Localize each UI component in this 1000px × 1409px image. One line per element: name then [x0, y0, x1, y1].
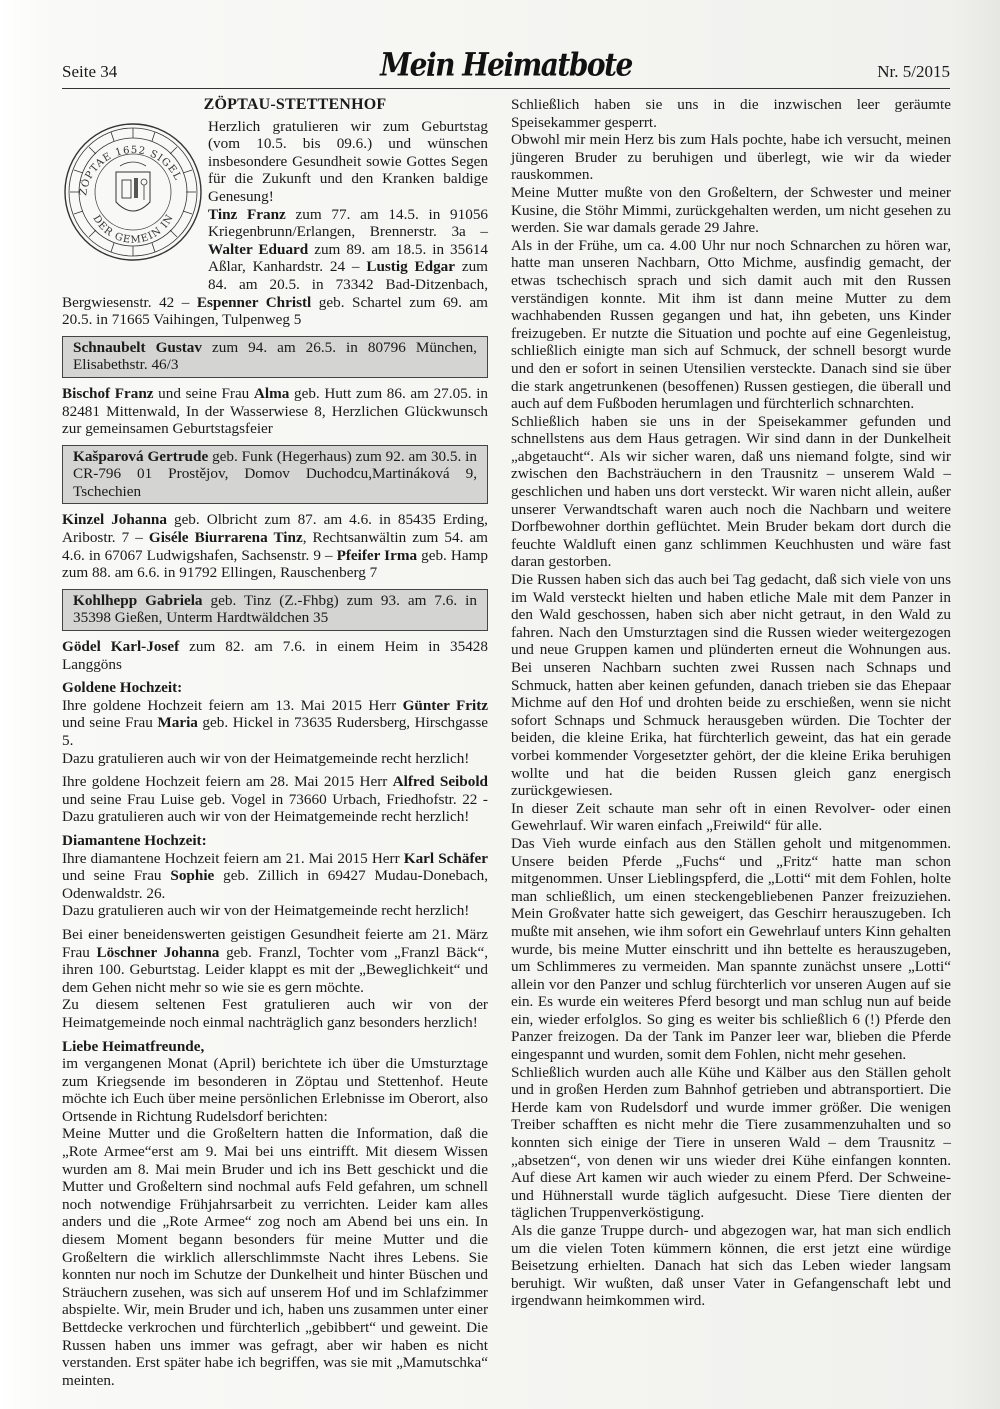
svg-text:DER GEMEIN IN: DER GEMEIN IN	[90, 212, 176, 246]
highlight-box-schnaubelt: Schnaubelt Gustav zum 94. am 26.5. in 80…	[62, 336, 488, 378]
story-paragraph: Das Vieh wurde einfach aus den Ställen g…	[511, 835, 951, 1064]
birthday-entry-goedel: Gödel Karl-Josef zum 82. am 7.6. in eine…	[62, 638, 488, 673]
highlight-box-kasparova: Kašparová Gertrude geb. Funk (Hegerhaus)…	[62, 445, 488, 505]
centenarian-congrats: Zu diesem seltenen Fest gratulieren auch…	[62, 996, 488, 1031]
story-paragraph: Schließlich wurden auch alle Kühe und Kä…	[511, 1064, 951, 1222]
story-paragraph: Die Russen haben sich das auch bei Tag g…	[511, 571, 951, 800]
golden-wedding-congrats: Dazu gratulieren auch wir von der Heimat…	[62, 750, 488, 768]
masthead-logo: Mein Heimatbote	[62, 46, 950, 84]
seal-bottom-text: DER GEMEIN IN	[90, 212, 176, 246]
highlight-box-kohlhepp: Kohlhepp Gabriela geb. Tinz (Z.-Fhbg) zu…	[62, 589, 488, 631]
diamond-wedding-heading: Diamantene Hochzeit:	[62, 832, 488, 850]
golden-wedding-fritz: Ihre goldene Hochzeit feiern am 13. Mai …	[62, 697, 488, 750]
left-column: ZÖPTAU-STETTENHOF ZÖPTAE 1652	[62, 96, 488, 1389]
story-paragraph: Obwohl mir mein Herz bis zum Hals pochte…	[511, 131, 951, 184]
page-header: Seite 34 Mein Heimatbote Nr. 5/2015	[62, 48, 950, 89]
story-paragraph: Als in der Frühe, um ca. 4.00 Uhr nur no…	[511, 237, 951, 413]
birthday-entry-bischof: Bischof Franz und seine Frau Alma geb. H…	[62, 385, 488, 438]
golden-wedding-heading: Goldene Hochzeit:	[62, 679, 488, 697]
birthday-list-2: Kinzel Johanna geb. Olbricht zum 87. am …	[62, 511, 488, 581]
letter-intro: im vergangenen Monat (April) berichtete …	[62, 1055, 488, 1125]
section-title: ZÖPTAU-STETTENHOF	[62, 96, 488, 114]
diamond-wedding-schaefer: Ihre diamantene Hochzeit feiern am 21. M…	[62, 850, 488, 903]
issue-number: Nr. 5/2015	[877, 62, 950, 82]
story-paragraph: Als die ganze Truppe durch- und abgezoge…	[511, 1222, 951, 1310]
story-paragraph: Schließlich haben sie uns in die inzwisc…	[511, 96, 951, 131]
centenarian-loeschner: Bei einer beneidenswerten geistigen Gesu…	[62, 926, 488, 996]
story-paragraph: Meine Mutter mußte von den Großeltern, d…	[511, 184, 951, 237]
diamond-wedding-congrats: Dazu gratulieren auch wir von der Heimat…	[62, 902, 488, 920]
right-column: Schließlich haben sie uns in die inzwisc…	[511, 96, 951, 1310]
story-paragraph: Schließlich haben sie uns in der Speisek…	[511, 413, 951, 571]
town-seal-icon: ZÖPTAE 1652 SIGEL DER GEMEIN IN	[62, 120, 204, 278]
letter-greeting: Liebe Heimatfreunde,	[62, 1038, 488, 1056]
story-paragraph: In dieser Zeit schaute man sehr oft in e…	[511, 800, 951, 835]
golden-wedding-seibold: Ihre goldene Hochzeit feiern am 28. Mai …	[62, 773, 488, 826]
letter-body: Meine Mutter und die Großeltern hatten d…	[62, 1125, 488, 1389]
